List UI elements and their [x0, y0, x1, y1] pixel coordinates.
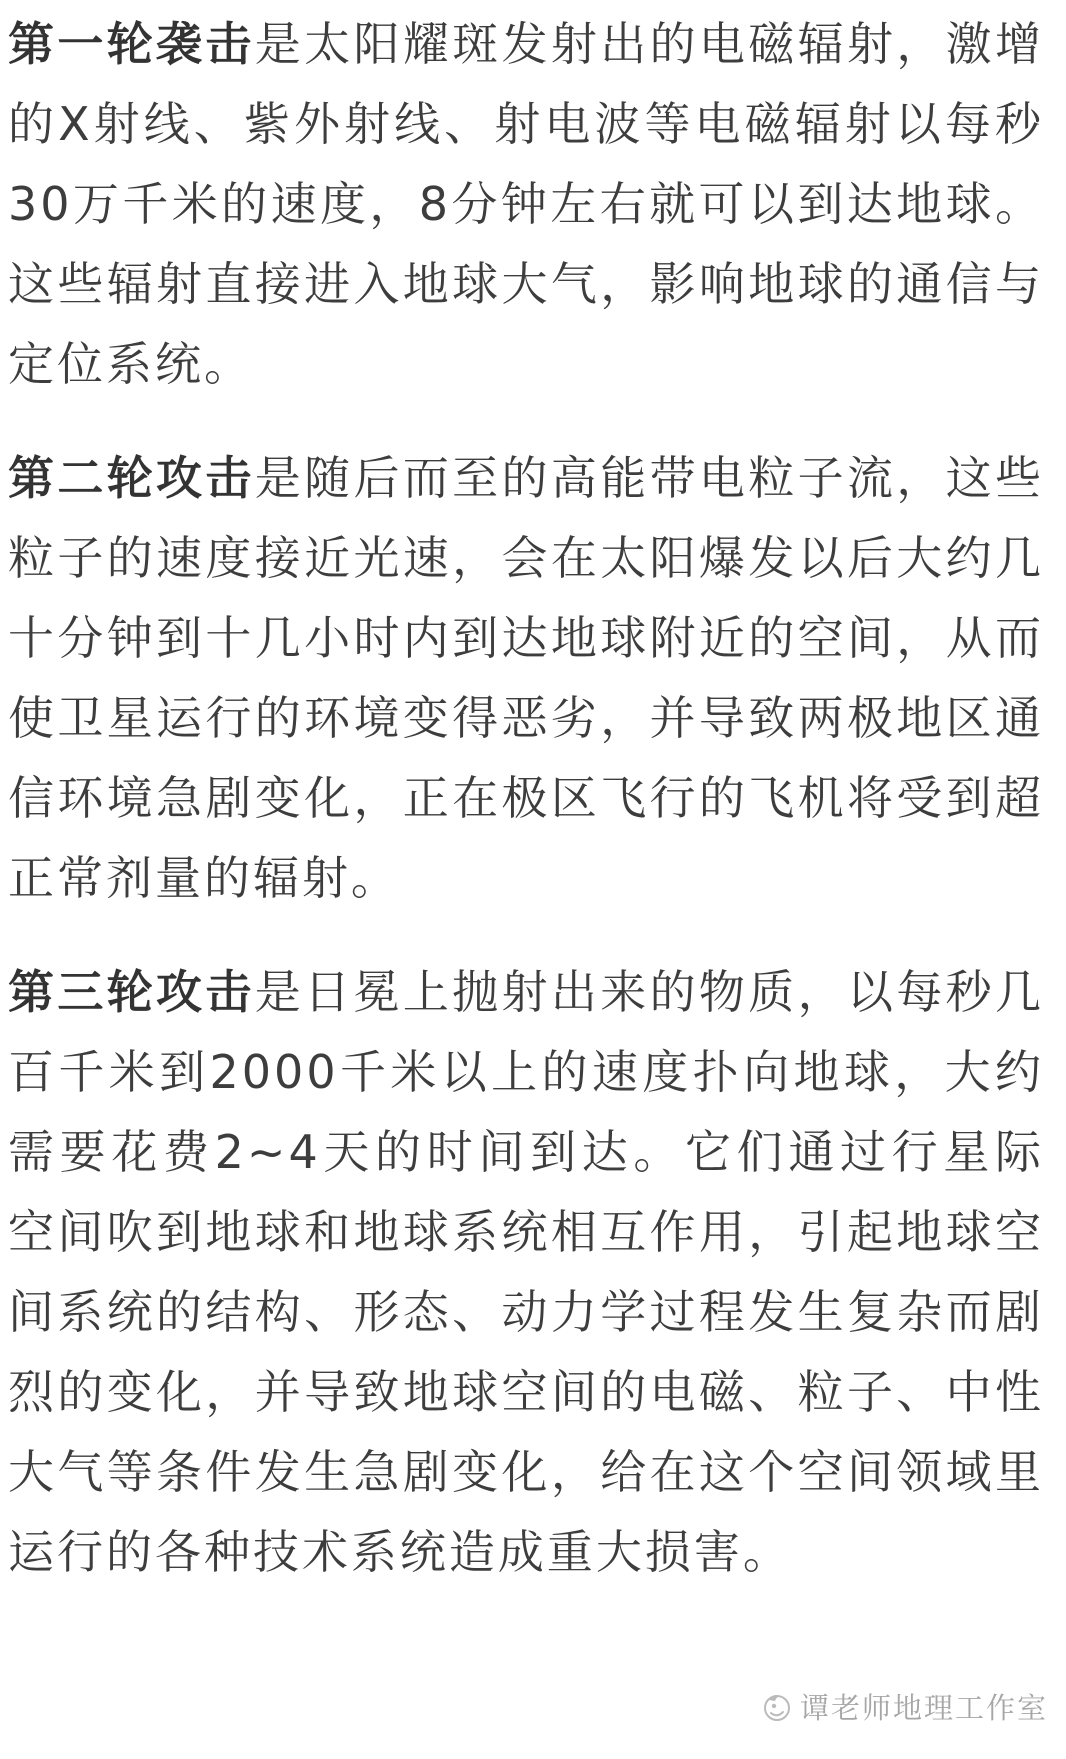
watermark-logo-icon — [760, 1690, 794, 1724]
article-body: 第一轮袭击是太阳耀斑发射出的电磁辐射，激增的X射线、紫外射线、射电波等电磁辐射以… — [0, 0, 1066, 1592]
paragraph-second-strike-text: 是随后而至的高能带电粒子流，这些粒子的速度接近光速，会在太阳爆发以后大约几十分钟… — [8, 451, 1044, 905]
paragraph-first-strike: 第一轮袭击是太阳耀斑发射出的电磁辐射，激增的X射线、紫外射线、射电波等电磁辐射以… — [8, 4, 1044, 404]
paragraph-first-strike-lead: 第一轮袭击 — [8, 17, 255, 71]
paragraph-third-strike-lead: 第三轮攻击 — [8, 965, 255, 1019]
watermark: 谭老师地理工作室 — [760, 1686, 1048, 1727]
paragraph-third-strike: 第三轮攻击是日冕上抛射出来的物质，以每秒几百千米到2000千米以上的速度扑向地球… — [8, 952, 1044, 1592]
paragraph-first-strike-text: 是太阳耀斑发射出的电磁辐射，激增的X射线、紫外射线、射电波等电磁辐射以每秒30万… — [8, 17, 1044, 391]
watermark-label: 谭老师地理工作室 — [800, 1686, 1048, 1727]
paragraph-second-strike-lead: 第二轮攻击 — [8, 451, 255, 505]
paragraph-second-strike: 第二轮攻击是随后而至的高能带电粒子流，这些粒子的速度接近光速，会在太阳爆发以后大… — [8, 438, 1044, 918]
paragraph-third-strike-text: 是日冕上抛射出来的物质，以每秒几百千米到2000千米以上的速度扑向地球，大约需要… — [8, 965, 1044, 1579]
